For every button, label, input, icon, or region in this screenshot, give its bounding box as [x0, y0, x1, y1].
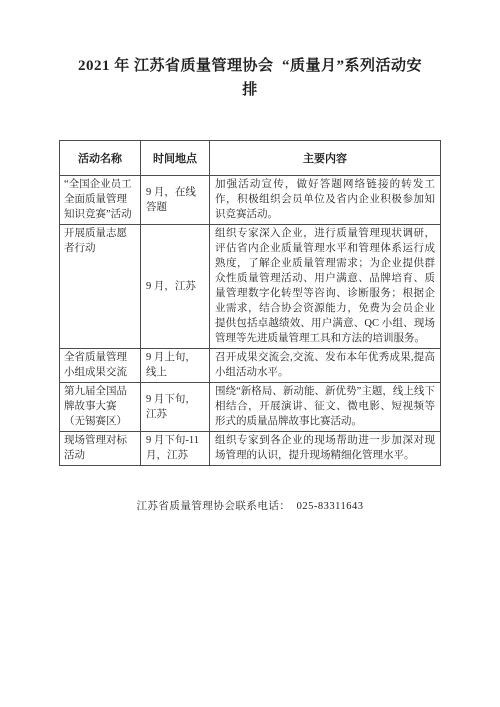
activity-name: 全省质量管理小组成果交流 [60, 349, 141, 383]
activity-name: 开展质量志愿者行动 [60, 225, 141, 349]
activity-table: 活动名称 时间地点 主要内容 “全国企业员工全面质量管理知识竞赛”活动 9 月，… [59, 140, 441, 466]
activity-time-place: 9 月，在线答题 [141, 176, 210, 225]
activity-time-place: 9 月，江苏 [141, 225, 210, 349]
activity-time-place: 9 月上旬，线上 [141, 349, 210, 383]
column-header-activity-name: 活动名称 [60, 141, 141, 176]
document-page: 2021 年 江苏省质量管理协会 “质量月”系列活动安 排 活动名称 时间地点 … [0, 0, 500, 707]
activity-name: “全国企业员工全面质量管理知识竞赛”活动 [60, 176, 141, 225]
table-row: 第九届全国品牌故事大赛（无锡赛区） 9 月下旬，江苏 围绕“新格局、新动能、新优… [60, 383, 441, 432]
title-line-1: 2021 年 江苏省质量管理协会 “质量月”系列活动安 [0, 54, 500, 78]
activity-main-content: 加强活动宣传，做好答题网络链接的转发工作，积极组织会员单位及省内企业积极参加知识… [210, 176, 441, 225]
activity-time-place: 9 月下旬-11 月，江苏 [141, 432, 210, 466]
activity-main-content: 组织专家深入企业，进行质量管理现状调研，评估省内企业质量管理水平和管理体系运行成… [210, 225, 441, 349]
table-row: 全省质量管理小组成果交流 9 月上旬，线上 召开成果交流会,交流、发布本年优秀成… [60, 349, 441, 383]
document-title: 2021 年 江苏省质量管理协会 “质量月”系列活动安 排 [0, 0, 500, 102]
column-header-main-content: 主要内容 [210, 141, 441, 176]
activity-main-content: 组织专家到各企业的现场帮助进一步加深对现场管理的认识，提升现场精细化管理水平。 [210, 432, 441, 466]
table-row: 开展质量志愿者行动 9 月，江苏 组织专家深入企业，进行质量管理现状调研，评估省… [60, 225, 441, 349]
title-line-2: 排 [0, 78, 500, 102]
table-row: 现场管理对标活动 9 月下旬-11 月，江苏 组织专家到各企业的现场帮助进一步加… [60, 432, 441, 466]
activity-main-content: 围绕“新格局、新动能、新优势”主题，线上线下相结合，开展演讲、征文、微电影、短视… [210, 383, 441, 432]
column-header-time-place: 时间地点 [141, 141, 210, 176]
table-row: “全国企业员工全面质量管理知识竞赛”活动 9 月，在线答题 加强活动宣传，做好答… [60, 176, 441, 225]
activity-time-place: 9 月下旬，江苏 [141, 383, 210, 432]
activity-name: 第九届全国品牌故事大赛（无锡赛区） [60, 383, 141, 432]
table-header-row: 活动名称 时间地点 主要内容 [60, 141, 441, 176]
contact-phone-line: 江苏省质量管理协会联系电话： 025-83311643 [0, 498, 500, 513]
activity-main-content: 召开成果交流会,交流、发布本年优秀成果,提高小组活动水平。 [210, 349, 441, 383]
activity-name: 现场管理对标活动 [60, 432, 141, 466]
